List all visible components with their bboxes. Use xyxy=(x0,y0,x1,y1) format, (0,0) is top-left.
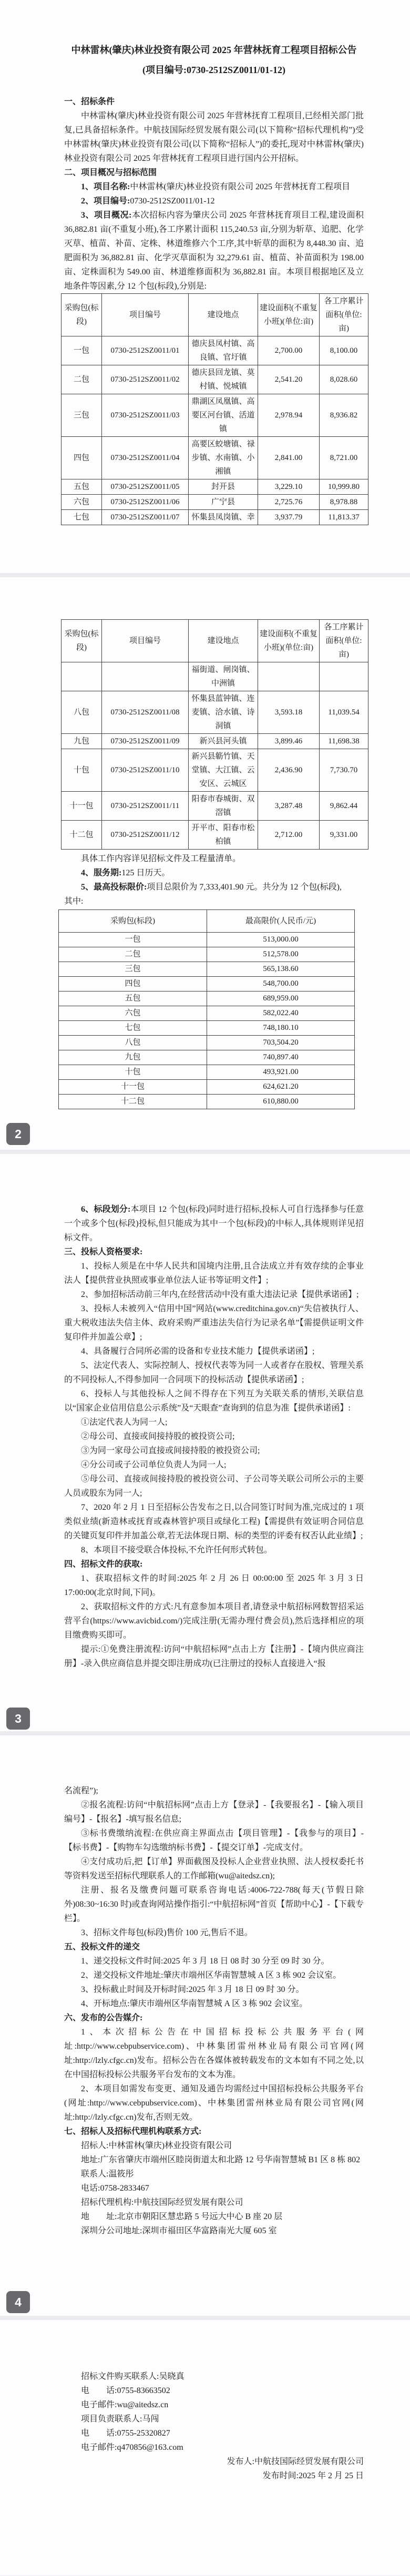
paragraph: 2、获取招标文件的方式:凡有意参加本项目者,请登录中航招标网数智招采运营平台(h… xyxy=(64,1600,364,1642)
paragraph: 3、招标文件每包(标段)售价 100 元,售后不退。 xyxy=(64,1926,364,1940)
table-row: 四包 548,700.00 xyxy=(59,977,355,991)
paragraph-text: 3、投标截止时间及开标时间:2025 年 3 月 18 日 09 时 30 分。 xyxy=(81,1985,304,1994)
cell-project-code xyxy=(102,662,189,691)
page-4-text: 名流程”); ②报名流程:访问“中航招标网”点击上方【登录】-【我要报名】-【输… xyxy=(64,1784,364,2238)
cell-location: 新兴县簕竹镇、天堂镇、大江镇、云安区、云城区 xyxy=(189,749,258,792)
table-row: 九包 0730-2512SZ0011/09 新兴县河头镇 3,899.46 11… xyxy=(61,734,368,749)
cell-total-area: 9,862.44 xyxy=(320,792,368,821)
paragraph: 提示:①免费注册流程:访问“中航招标网”点击上方【注册】-【境内供应商注册】-录… xyxy=(64,1642,364,1671)
paragraph-text: 电 话:0755-25320827 xyxy=(81,2429,170,2438)
paragraph: 具体工作内容详见招标文件及工程量清单。 xyxy=(64,852,364,866)
paragraph: 项目负责联系人:马闯 xyxy=(64,2412,364,2426)
paragraph-lead: 6、标段划分: xyxy=(81,1205,130,1214)
cell-total-area: 7,730.70 xyxy=(320,749,368,792)
cell-total-area: 9,331.00 xyxy=(320,821,368,850)
col-location: 建设地点 xyxy=(189,620,258,662)
col-project-code: 项目编号 xyxy=(102,620,189,662)
paragraph-text: ③为同一家母公司直接或间接持股的被投资公司; xyxy=(81,1446,260,1455)
cell-project-code: 0730-2512SZ0011/12 xyxy=(102,821,189,850)
cell-location: 怀集县凤岗镇、幸 xyxy=(189,510,258,525)
cell-total-area: 11,698.38 xyxy=(320,734,368,749)
paragraph-text: ②报名流程:访问“中航招标网”点击上方【登录】-【我要报名】-【输入项目编号】-… xyxy=(64,1801,364,1824)
cell-build-area: 2,436.90 xyxy=(258,749,320,792)
table-row: 一包 513,000.00 xyxy=(59,933,355,947)
table-row: 五包 689,959.00 xyxy=(59,991,355,1006)
table-row: 六包 0730-2512SZ0011/06 广宁县 2,725.76 8,978… xyxy=(61,495,368,510)
paragraph-text: 三、投标人资格要求: xyxy=(64,1248,142,1256)
paragraph-text: 1、投标人须是在中华人民共和国境内注册,且合法成立并有效存续的企事业法人【提供营… xyxy=(64,1262,364,1285)
table-row: 三包 0730-2512SZ0011/03 鼎湖区凤凰镇、高要区河台镇、活道镇 … xyxy=(61,394,368,437)
paragraph-text: 发布人:中航技国际经贸发展有限公司 xyxy=(227,2457,364,2466)
cell-package: 六包 xyxy=(59,1006,207,1021)
paragraph: 3、项目概况:本次招标内容为肇庆公司 2025 年营林抚育项目工程,建设面积 3… xyxy=(64,208,364,293)
cell-package: 九包 xyxy=(59,1050,207,1065)
paragraph-lead: 3、项目概况: xyxy=(81,211,131,220)
paragraph: ②母公司、直接或间接持股的被投资公司; xyxy=(64,1429,364,1444)
cell-build-area xyxy=(258,662,320,691)
cell-package: 七包 xyxy=(61,510,102,525)
paragraph-text: 2、获取招标文件的方式:凡有意参加本项目者,请登录中航招标网数智招采运营平台(h… xyxy=(64,1602,364,1640)
paragraph: 电话:0758-2833467 xyxy=(64,2181,364,2195)
cell-project-code: 0730-2512SZ0011/09 xyxy=(102,734,189,749)
paragraph-text: 二、项目概况与招标范围 xyxy=(64,168,157,177)
paragraph-text: 电 话:0755-83663502 xyxy=(81,2386,170,2395)
paragraph: ④分公司或子公司单位负责人为同一人; xyxy=(64,1458,364,1472)
paragraph-text: 招标文件购买联系人:吴晓真 xyxy=(81,2372,184,2381)
paragraph-text: ③标书费缴纳流程:在供应商主界面点击【项目管理】-【我参与的项目】-【标书费】-… xyxy=(64,1829,364,1852)
paragraph-text: 2、递交投标文件地址:肇庆市端州区华南智慧城 A 区 3 栋 902 会议室。 xyxy=(81,1971,341,1980)
cell-build-area: 2,700.00 xyxy=(258,336,320,365)
table-row: 六包 582,022.40 xyxy=(59,1006,355,1021)
col-build-area: 建设面积(不重复小班)(单位:亩) xyxy=(258,294,320,336)
paragraph: 3、投标人未被列入“信用中国”网站(www.creditchina.gov.cn… xyxy=(64,1302,364,1344)
cell-package: 一包 xyxy=(59,933,207,947)
paragraph-text: 项目总限价为 7,333,401.90 元。共分为 12 个包(标段), xyxy=(147,883,342,892)
paragraph-text: 电子邮件:wu@aitedsz.cn xyxy=(81,2400,168,2409)
paragraph: 7、2020 年 2 月 1 日至招标公告发布之日,以合同签订时间为准,完成过的… xyxy=(64,1500,364,1543)
col-project-code: 项目编号 xyxy=(102,294,189,336)
cell-location: 怀集县蓝钟镇、连麦镇、洽水镇、诗洞镇 xyxy=(189,691,258,734)
cell-package: 二包 xyxy=(61,365,102,394)
paragraph: 3、投标截止时间及开标时间:2025 年 3 月 18 日 09 时 30 分。 xyxy=(64,1982,364,1997)
paragraph-text: 七、招标人及招标代理机构联系方式: xyxy=(64,2127,201,2136)
paragraph-text: 2、参加招标活动前三年内,在经营活动中没有重大违法记录【提供承诺函】; xyxy=(81,1290,358,1299)
page-5-text: 招标文件购买联系人:吴晓真 电 话:0755-83663502 电子邮件:wu@… xyxy=(64,2369,364,2483)
paragraph: ①法定代表人为同一人; xyxy=(64,1415,364,1429)
paragraph-text: 5、法定代表人、实际控制人、授权代表等为同一人或者存在股权、管理关系的不同投标人… xyxy=(64,1361,364,1384)
cell-build-area: 3,899.46 xyxy=(258,734,320,749)
cell-build-area: 2,978.94 xyxy=(258,394,320,437)
paragraph-text: 3、投标人未被列入“信用中国”网站(www.creditchina.gov.cn… xyxy=(64,1304,364,1342)
page-number-badge: 2 xyxy=(6,1123,30,1145)
paragraph: ⑤母公司、直接或间接持股的被投资公司、子公司等关联公司所公示的主要人员或股东为同… xyxy=(64,1472,364,1500)
cell-build-area: 2,712.00 xyxy=(258,821,320,850)
cell-project-code: 0730-2512SZ0011/02 xyxy=(102,365,189,394)
paragraph-text: 招标人:中林雷林(肇庆)林业投资有限公司 xyxy=(81,2141,232,2150)
page-2-text: 具体工作内容详见招标文件及工程量清单。 4、服务期:125 日历天。 5、最高投… xyxy=(64,852,364,908)
paragraph-text: 四、招标文件的获取: xyxy=(64,1560,142,1569)
cell-package: 十二包 xyxy=(61,821,102,850)
paragraph-text: 五、投标文件的递交 xyxy=(64,1943,140,1951)
paragraph-text: 3、招标文件每包(标段)售价 100 元,售后不退。 xyxy=(81,1928,253,1937)
paragraph: 五、投标文件的递交 xyxy=(64,1940,364,1954)
paragraph-text: 6、投标人与其他投标人之间不得存在下列互为关联关系的情形,关联信息以“国家企业信… xyxy=(64,1389,364,1413)
paragraph: 5、法定代表人、实际控制人、授权代表等为同一人或者存在股权、管理关系的不同投标人… xyxy=(64,1358,364,1387)
table-row: 二包 0730-2512SZ0011/02 德庆县回龙镇、莫村镇、悦城镇 2,5… xyxy=(61,365,368,394)
page-4: 名流程”); ②报名流程:访问“中航招标网”点击上方【登录】-【我要报名】-【输… xyxy=(0,1735,410,2316)
table-row: 八包 0730-2512SZ0011/08 怀集县蓝钟镇、连麦镇、洽水镇、诗洞镇… xyxy=(61,691,368,734)
paragraph: 电子邮件:q470856@163.com xyxy=(64,2440,364,2455)
page-number-badge: 3 xyxy=(6,1708,30,1730)
cell-project-code: 0730-2512SZ0011/08 xyxy=(102,691,189,734)
document-viewer[interactable]: 中林雷林(肇庆)林业投资有限公司 2025 年营林抚育工程项目招标公告 (项目编… xyxy=(0,0,410,2576)
paragraph: ③为同一家母公司直接或间接持股的被投资公司; xyxy=(64,1444,364,1458)
paragraph: 中林雷林(肇庆)林业投资有限公司 2025 年营林抚育工程项目,已经相关部门批复… xyxy=(64,109,364,166)
table-row: 福街道、闸岗镇、中洲镇 xyxy=(61,662,368,691)
col-package: 采购包(标段) xyxy=(61,294,102,336)
paragraph-text: 深圳分公司地址:深圳市福田区华富路南光大厦 605 室 xyxy=(81,2226,276,2235)
paragraph: 招标代理机构:中航技国际经贸发展有限公司 xyxy=(64,2195,364,2210)
cell-package: 五包 xyxy=(61,479,102,495)
table-row: 一包 0730-2512SZ0011/01 德庆县凤村镇、高良镇、官圩镇 2,7… xyxy=(61,336,368,365)
paragraph-text: 8、本项目不接受联合体投标,不允许任何形式转包。 xyxy=(81,1546,272,1555)
table-row: 八包 703,504.20 xyxy=(59,1036,355,1050)
cell-package: 十一包 xyxy=(59,1080,207,1095)
paragraph: 二、项目概况与招标范围 xyxy=(64,166,364,180)
page-5: 招标文件购买联系人:吴晓真 电 话:0755-83663502 电子邮件:wu@… xyxy=(0,2320,410,2575)
paragraph-text: 1、递交投标文件时间:2025 年 3 月 18 日 08 时 30 分至 09… xyxy=(81,1957,329,1966)
paragraph: 四、招标文件的获取: xyxy=(64,1557,364,1571)
paragraph-text: 7、2020 年 2 月 1 日至招标公告发布之日,以合同签订时间为准,完成过的… xyxy=(64,1503,364,1540)
cell-package: 十包 xyxy=(59,1065,207,1080)
paragraph-text: ②母公司、直接或间接持股的被投资公司; xyxy=(81,1432,234,1441)
paragraph: 联系人:温筱彤 xyxy=(64,2167,364,2181)
paragraph-text: ④分公司或子公司单位负责人为同一人; xyxy=(81,1460,226,1469)
paragraph-text: 2、本项目如需发布变更、通知及通告均需经过中国招标投标公共服务平台(网址:htt… xyxy=(64,2084,364,2122)
table-row: 三包 565,138.60 xyxy=(59,962,355,977)
lots-table-header-row: 采购包(标段) 项目编号 建设地点 建设面积(不重复小班)(单位:亩) 各工序累… xyxy=(61,620,368,662)
page-3: 6、标段划分:本项目 12 个包(标段)同时进行招标,投标人可自行选择参与任意一… xyxy=(0,1154,410,1731)
col-total-area: 各工序累计面积(单位:亩) xyxy=(320,294,368,336)
paragraph: ②报名流程:访问“中航招标网”点击上方【登录】-【我要报名】-【输入项目编号】-… xyxy=(64,1798,364,1826)
table-row: 十包 0730-2512SZ0011/10 新兴县簕竹镇、天堂镇、大江镇、云安区… xyxy=(61,749,368,792)
cell-total-area: 8,936.82 xyxy=(320,394,368,437)
paragraph: 名流程”); xyxy=(64,1784,364,1798)
cell-build-area: 2,541.20 xyxy=(258,365,320,394)
paragraph-text: 本次招标内容为肇庆公司 2025 年营林抚育项目工程,建设面积 36,882.8… xyxy=(64,211,364,291)
cell-total-area: 11,813.37 xyxy=(320,510,368,525)
paragraph-text: 联系人:温筱彤 xyxy=(81,2170,134,2179)
paragraph-text: 中林雷林(肇庆)林业投资有限公司 2025 年营林抚育工程项目,已经相关部门批复… xyxy=(64,111,364,163)
paragraph: 4、服务期:125 日历天。 xyxy=(64,866,364,880)
table-row: 十二包 0730-2512SZ0011/12 开平市、阳春市松柏镇 2,712.… xyxy=(61,821,368,850)
paragraph-text: 中林雷林(肇庆)林业投资有限公司 2025 年营林抚育工程项目 xyxy=(130,182,350,191)
cell-max-price: 610,880.00 xyxy=(207,1095,355,1109)
paragraph: 1、投标人须是在中华人民共和国境内注册,且合法成立并有效存续的企事业法人【提供营… xyxy=(64,1259,364,1287)
paragraph-text: 提示:①免费注册流程:访问“中航招标网”点击上方【注册】-【境内供应商注册】-录… xyxy=(64,1645,364,1668)
table-row: 十包 493,921.00 xyxy=(59,1065,355,1080)
cell-max-price: 689,959.00 xyxy=(207,991,355,1006)
paragraph-text: 4、具备履行合同所必需的设备和专业技术能力【提供承诺函】; xyxy=(81,1347,314,1356)
cell-build-area: 2,725.76 xyxy=(258,495,320,510)
cell-project-code: 0730-2512SZ0011/10 xyxy=(102,749,189,792)
lots-table-part2: 采购包(标段) 项目编号 建设地点 建设面积(不重复小班)(单位:亩) 各工序累… xyxy=(61,619,368,850)
cell-package: 十包 xyxy=(61,749,102,792)
paragraph-text: 名流程”); xyxy=(64,1786,98,1795)
cell-location: 阳春市春城街、双滘镇 xyxy=(189,792,258,821)
cell-package: 四包 xyxy=(61,437,102,479)
cell-project-code: 0730-2512SZ0011/05 xyxy=(102,479,189,495)
page-3-text: 6、标段划分:本项目 12 个包(标段)同时进行招标,投标人可自行选择参与任意一… xyxy=(64,1202,364,1671)
paragraph-text: ④支付成功后,把【订单】界面截图及投标人企业营业执照、法人授权委托书等资料发送至… xyxy=(64,1857,364,1880)
table-row: 十一包 0730-2512SZ0011/11 阳春市春城街、双滘镇 3,287.… xyxy=(61,792,368,821)
cell-package: 六包 xyxy=(61,495,102,510)
cell-total-area: 8,028.60 xyxy=(320,365,368,394)
cell-package: 八包 xyxy=(61,691,102,734)
col-location: 建设地点 xyxy=(189,294,258,336)
paragraph-lead: 2、项目编号: xyxy=(81,197,130,206)
cell-location: 广宁县 xyxy=(189,495,258,510)
paragraph: 1、本次招标公告在中国招标投标公共服务平台(网址:http://www.cebp… xyxy=(64,2025,364,2082)
cell-total-area: 8,721.00 xyxy=(320,437,368,479)
cell-project-code: 0730-2512SZ0011/07 xyxy=(102,510,189,525)
paragraph: 电 话:0755-83663502 xyxy=(64,2384,364,2398)
cell-build-area: 2,841.00 xyxy=(258,437,320,479)
paragraph: 2、递交投标文件地址:肇庆市端州区华南智慧城 A 区 3 栋 902 会议室。 xyxy=(64,1968,364,1982)
cell-max-price: 624,621.20 xyxy=(207,1080,355,1095)
paragraph: 七、招标人及招标代理机构联系方式: xyxy=(64,2124,364,2139)
cell-total-area: 8,100.00 xyxy=(320,336,368,365)
cell-build-area: 3,287.48 xyxy=(258,792,320,821)
paragraph: 招标文件购买联系人:吴晓真 xyxy=(64,2369,364,2384)
cell-max-price: 703,504.20 xyxy=(207,1036,355,1050)
price-table-header-row: 采购包(标段) 最高限价(人民币/元) xyxy=(59,910,355,933)
cell-location: 鼎湖区凤凰镇、高要区河台镇、活道镇 xyxy=(189,394,258,437)
cell-build-area: 3,593.18 xyxy=(258,691,320,734)
cell-max-price: 582,022.40 xyxy=(207,1006,355,1021)
paragraph-text: 具体工作内容详见招标文件及工程量清单。 xyxy=(81,854,241,863)
paragraph: 其中: xyxy=(64,894,364,908)
paragraph: 2、本项目如需发布变更、通知及通告均需经过中国招标投标公共服务平台(网址:htt… xyxy=(64,2082,364,2124)
paragraph-text: 电子邮件:q470856@163.com xyxy=(81,2443,183,2452)
paragraph: 一、招标条件 xyxy=(64,95,364,109)
cell-package: 十一包 xyxy=(61,792,102,821)
paragraph-lead: 1、项目名称: xyxy=(81,182,130,191)
paragraph: 8、本项目不接受联合体投标,不允许任何形式转包。 xyxy=(64,1543,364,1557)
title-line-1: 中林雷林(肇庆)林业投资有限公司 2025 年营林抚育工程项目招标公告 xyxy=(64,40,364,60)
paragraph-text: 六、发布的公告媒介: xyxy=(64,2013,142,2022)
paragraph: 4、开标地点:肇庆市端州区华南智慧城 A 区 3 栋 902 会议室。 xyxy=(64,1997,364,2011)
paragraph: 发布时间:2025 年 2 月 25 日 xyxy=(64,2469,364,2483)
table-row: 十一包 624,621.20 xyxy=(59,1080,355,1095)
paragraph: 2、参加招标活动前三年内,在经营活动中没有重大违法记录【提供承诺函】; xyxy=(64,1287,364,1302)
cell-project-code: 0730-2512SZ0011/01 xyxy=(102,336,189,365)
paragraph-text: 0730-2512SZ0011/01-12 xyxy=(130,197,214,206)
cell-max-price: 513,000.00 xyxy=(207,933,355,947)
cell-max-price: 493,921.00 xyxy=(207,1065,355,1080)
paragraph-text: 注册、报名及缴费问题可联系咨询电话:4006-722-788(每天(节假日除外)… xyxy=(64,1886,364,1923)
col-package: 采购包(标段) xyxy=(59,910,207,933)
paragraph-text: 地址:广东省肇庆市端州区睦岗街道太和北路 12 号华南智慧城 B1 区 8 栋 … xyxy=(81,2155,360,2164)
paragraph-text: ①法定代表人为同一人; xyxy=(81,1418,167,1427)
page-1: 中林雷林(肇庆)林业投资有限公司 2025 年营林抚育工程项目招标公告 (项目编… xyxy=(0,0,410,573)
cell-package xyxy=(61,662,102,691)
paragraph: 深圳分公司地址:深圳市福田区华富路南光大厦 605 室 xyxy=(64,2224,364,2238)
paragraph-lead: 4、服务期: xyxy=(81,868,121,877)
paragraph-lead: 5、最高投标限价: xyxy=(81,883,147,892)
col-build-area: 建设面积(不重复小班)(单位:亩) xyxy=(258,620,320,662)
paragraph: 1、项目名称:中林雷林(肇庆)林业投资有限公司 2025 年营林抚育工程项目 xyxy=(64,180,364,194)
table-row: 七包 748,180.10 xyxy=(59,1021,355,1036)
cell-package: 十二包 xyxy=(59,1095,207,1109)
col-package: 采购包(标段) xyxy=(61,620,102,662)
paragraph-text: 一、招标条件 xyxy=(64,97,115,106)
cell-total-area: 10,999.80 xyxy=(320,479,368,495)
table-row: 十二包 610,880.00 xyxy=(59,1095,355,1109)
cell-location: 福街道、闸岗镇、中洲镇 xyxy=(189,662,258,691)
cell-package: 三包 xyxy=(61,394,102,437)
cell-total-area xyxy=(320,662,368,691)
page-1-text: 一、招标条件 中林雷林(肇庆)林业投资有限公司 2025 年营林抚育工程项目,已… xyxy=(64,95,364,293)
table-row: 四包 0730-2512SZ0011/04 高要区蛟塘镇、禄步镇、水南镇、小湘镇… xyxy=(61,437,368,479)
lots-table-header-row: 采购包(标段) 项目编号 建设地点 建设面积(不重复小班)(单位:亩) 各工序累… xyxy=(61,294,368,336)
paragraph: 5、最高投标限价:项目总限价为 7,333,401.90 元。共分为 12 个包… xyxy=(64,880,364,894)
cell-package: 四包 xyxy=(59,977,207,991)
paragraph-text: 1、本次招标公告在中国招标投标公共服务平台(网址:http://www.cebp… xyxy=(64,2028,364,2079)
paragraph-text: 电话:0758-2833467 xyxy=(81,2184,149,2193)
cell-total-area: 8,978.88 xyxy=(320,495,368,510)
paragraph: 发布人:中航技国际经贸发展有限公司 xyxy=(64,2455,364,2469)
cell-package: 三包 xyxy=(59,962,207,977)
paragraph: 2、项目编号:0730-2512SZ0011/01-12 xyxy=(64,194,364,208)
paragraph-text: ⑤母公司、直接或间接持股的被投资公司、子公司等关联公司所公示的主要人员或股东为同… xyxy=(64,1475,364,1498)
paragraph: 6、投标人与其他投标人之间不得存在下列互为关联关系的情形,关联信息以“国家企业信… xyxy=(64,1387,364,1415)
paragraph: 6、标段划分:本项目 12 个包(标段)同时进行招标,投标人可自行选择参与任意一… xyxy=(64,1202,364,1245)
cell-project-code: 0730-2512SZ0011/11 xyxy=(102,792,189,821)
cell-package: 九包 xyxy=(61,734,102,749)
cell-location: 高要区蛟塘镇、禄步镇、水南镇、小湘镇 xyxy=(189,437,258,479)
page-2: 采购包(标段) 项目编号 建设地点 建设面积(不重复小班)(单位:亩) 各工序累… xyxy=(0,577,410,1150)
paragraph: 地址:广东省肇庆市端州区睦岗街道太和北路 12 号华南智慧城 B1 区 8 栋 … xyxy=(64,2153,364,2167)
paragraph-text: 地 址:北京市朝阳区慧忠路 5 号远大中心 B 座 20 层 xyxy=(81,2212,282,2221)
document-title: 中林雷林(肇庆)林业投资有限公司 2025 年营林抚育工程项目招标公告 (项目编… xyxy=(64,40,364,80)
paragraph: 1、递交投标文件时间:2025 年 3 月 18 日 08 时 30 分至 09… xyxy=(64,1954,364,1968)
cell-project-code: 0730-2512SZ0011/04 xyxy=(102,437,189,479)
paragraph-text: 其中: xyxy=(64,897,83,906)
paragraph-text: 1、获取招标文件的时间:2025 年 2 月 26 日 00:00:00 至 2… xyxy=(64,1574,364,1597)
paragraph: 1、获取招标文件的时间:2025 年 2 月 26 日 00:00:00 至 2… xyxy=(64,1571,364,1600)
cell-package: 七包 xyxy=(59,1021,207,1036)
paragraph: ③标书费缴纳流程:在供应商主界面点击【项目管理】-【我参与的项目】-【标书费】-… xyxy=(64,1826,364,1855)
cell-package: 二包 xyxy=(59,947,207,962)
cell-max-price: 748,180.10 xyxy=(207,1021,355,1036)
lots-table-part1: 采购包(标段) 项目编号 建设地点 建设面积(不重复小班)(单位:亩) 各工序累… xyxy=(61,293,368,525)
cell-total-area: 11,039.54 xyxy=(320,691,368,734)
paragraph: 电 话:0755-25320827 xyxy=(64,2426,364,2440)
paragraph-text: 发布时间:2025 年 2 月 25 日 xyxy=(263,2471,364,2480)
col-max-price: 最高限价(人民币/元) xyxy=(207,910,355,933)
cell-location: 封开县 xyxy=(189,479,258,495)
table-row: 九包 740,897.40 xyxy=(59,1050,355,1065)
table-row: 二包 512,578.00 xyxy=(59,947,355,962)
paragraph: 电子邮件:wu@aitedsz.cn xyxy=(64,2398,364,2412)
paragraph: 注册、报名及缴费问题可联系咨询电话:4006-722-788(每天(节假日除外)… xyxy=(64,1883,364,1926)
paragraph-text: 项目负责联系人:马闯 xyxy=(81,2415,159,2424)
col-total-area: 各工序累计面积(单位:亩) xyxy=(320,620,368,662)
paragraph-text: 125 日历天。 xyxy=(121,868,170,877)
cell-max-price: 548,700.00 xyxy=(207,977,355,991)
cell-project-code: 0730-2512SZ0011/03 xyxy=(102,394,189,437)
cell-location: 开平市、阳春市松柏镇 xyxy=(189,821,258,850)
cell-location: 德庆县回龙镇、莫村镇、悦城镇 xyxy=(189,365,258,394)
cell-location: 德庆县凤村镇、高良镇、官圩镇 xyxy=(189,336,258,365)
paragraph-text: 招标代理机构:中航技国际经贸发展有限公司 xyxy=(81,2198,243,2207)
cell-project-code: 0730-2512SZ0011/06 xyxy=(102,495,189,510)
paragraph: ④支付成功后,把【订单】界面截图及投标人企业营业执照、法人授权委托书等资料发送至… xyxy=(64,1855,364,1883)
table-row: 七包 0730-2512SZ0011/07 怀集县凤岗镇、幸 3,937.79 … xyxy=(61,510,368,525)
table-row: 五包 0730-2512SZ0011/05 封开县 3,229.10 10,99… xyxy=(61,479,368,495)
page-number-badge: 4 xyxy=(6,2291,30,2313)
title-line-2: (项目编号:0730-2512SZ0011/01-12) xyxy=(64,60,364,80)
paragraph: 六、发布的公告媒介: xyxy=(64,2011,364,2025)
cell-package: 八包 xyxy=(59,1036,207,1050)
cell-max-price: 565,138.60 xyxy=(207,962,355,977)
paragraph: 招标人:中林雷林(肇庆)林业投资有限公司 xyxy=(64,2139,364,2153)
cell-package: 五包 xyxy=(59,991,207,1006)
cell-build-area: 3,937.79 xyxy=(258,510,320,525)
cell-package: 一包 xyxy=(61,336,102,365)
paragraph: 4、具备履行合同所必需的设备和专业技术能力【提供承诺函】; xyxy=(64,1344,364,1358)
paragraph-text: 4、开标地点:肇庆市端州区华南智慧城 A 区 3 栋 902 会议室。 xyxy=(81,1999,307,2008)
cell-max-price: 740,897.40 xyxy=(207,1050,355,1065)
paragraph: 三、投标人资格要求: xyxy=(64,1245,364,1259)
cell-location: 新兴县河头镇 xyxy=(189,734,258,749)
max-price-table: 采购包(标段) 最高限价(人民币/元) 一包 513,000.00 二包 512… xyxy=(58,909,355,1109)
paragraph: 地 址:北京市朝阳区慧忠路 5 号远大中心 B 座 20 层 xyxy=(64,2210,364,2224)
cell-build-area: 3,229.10 xyxy=(258,479,320,495)
cell-max-price: 512,578.00 xyxy=(207,947,355,962)
